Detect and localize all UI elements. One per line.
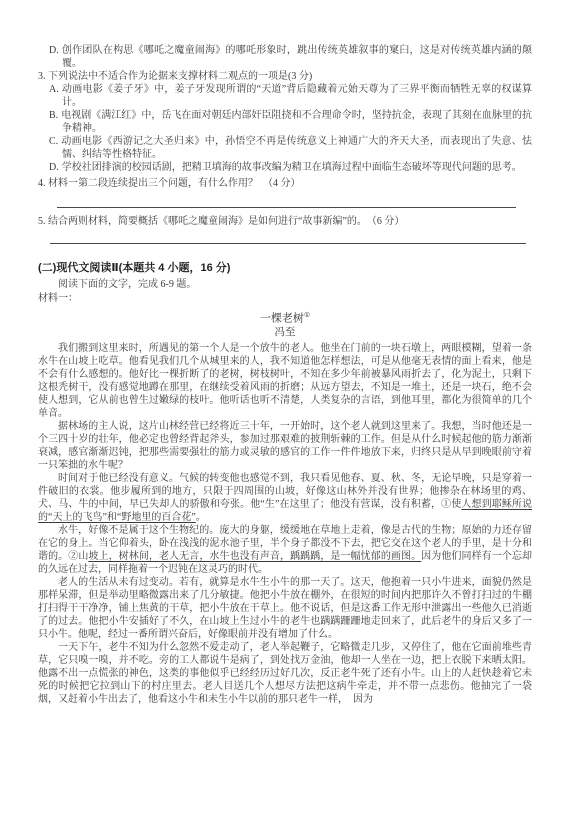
passage-paragraph: 水牛，好像不是属于这个生物纪的。庞大的身躯，缓缓地在草地上走着，像是古代的生物；… xyxy=(38,524,532,576)
passage-paragraph: 据林场的主人说，这片山林经营已经将近三十年，一开始时，这个老人就到这里来了。我想… xyxy=(38,420,532,472)
option-text: 动画电影《姜子牙》中，姜子牙发现所谓的“天道”背后隐藏着元始天尊为了三界平衡而牺… xyxy=(62,84,532,108)
paragraph-text: 据林场的主人说，这片山林经营已经将近三十年，一开始时，这个老人就到这里来了。我想… xyxy=(38,421,532,471)
reading-instruction: 阅读下面的文字，完成 6-9 题。 xyxy=(38,278,532,291)
underlined-sentence: 坡上，树林间，老人无言，水牛也没有声音，踽踽踽，是一幅忧郁的画图。 xyxy=(88,551,421,562)
option-text: 动画电影《西游记之大圣归来》中，孙悟空不再是传统意义上神通广大的齐天大圣，而表现… xyxy=(61,136,532,160)
paragraph-text: 我们搬到这里来时，所遇见的第一个人是一个放牛的老人。他坐在门前的一块石墩上，两眼… xyxy=(38,343,532,419)
passage-paragraph: 老人的生活从未有过变动。若有，就算是水牛生小牛的那一天了。这天，他抱着一只小牛进… xyxy=(38,576,532,641)
question-3-option: C.动画电影《西游记之大圣归来》中，孙悟空不再是传统意义上神通广大的齐天大圣，而… xyxy=(38,135,532,161)
question-3-option: B.电视剧《满江红》中，岳飞在面对朝廷内部奸臣阻挠和不合理命令时，坚持抗金，表现… xyxy=(38,109,532,135)
option-label: A. xyxy=(49,84,59,95)
passage-paragraph: 一天下午，老牛不知为什么忽然不爱走动了，老人举起鞭子，它略微走几步，又停住了，他… xyxy=(38,641,532,706)
question-3-option: A.动画电影《姜子牙》中，姜子牙发现所谓的“天道”背后隐藏着元始天尊为了三界平衡… xyxy=(38,83,532,109)
exam-page: D.创作团队在构思《哪吒之魔童闹海》的哪吒形象时，跳出传统英雄叙事的窠臼，这是对… xyxy=(0,0,562,838)
answer-line xyxy=(50,228,526,244)
passage-paragraph: 我们搬到这里来时，所遇见的第一个人是一个放牛的老人。他坐在门前的一块石墩上，两眼… xyxy=(38,342,532,420)
option-text: 创作团队在构思《哪吒之魔童闹海》的哪吒形象时，跳出传统英雄叙事的窠臼，这是对传统… xyxy=(62,45,532,69)
question-3-option: D.学校社团排演的校园话剧，把精卫填海的故事改编为精卫在填海过程中面临生态破坏等… xyxy=(38,161,532,174)
material-label: 材料一： xyxy=(38,292,532,305)
paragraph-text: 一天下午，老牛不知为什么忽然不爱走动了，老人举起鞭子，它略微走几步，又停住了，他… xyxy=(38,642,532,705)
passage-title: 一棵老树① xyxy=(38,309,532,326)
option-label: D. xyxy=(49,45,59,56)
question-4-stem: 4. 材料一第二段连续提出三个问题，有什么作用？ （4 分） xyxy=(38,177,532,190)
option-text: 学校社团排演的校园话剧，把精卫填海的故事改编为精卫在填海过程中面临生态破坏等现代… xyxy=(62,162,522,173)
question-3-options: A.动画电影《姜子牙》中，姜子牙发现所谓的“天道”背后隐藏着元始天尊为了三界平衡… xyxy=(38,83,532,174)
option-label: C. xyxy=(49,136,58,147)
paragraph-text: 时间对于他已经没有意义。气候的转变他也感觉不到，我只看见他春、夏、秋、冬，无论早… xyxy=(38,473,532,510)
footnote-marker: ① xyxy=(304,311,310,319)
question-5-stem: 5. 结合两则材料，简要概括《哪吒之魔童闹海》是如何进行“故事新编”的。 （6 … xyxy=(38,215,532,228)
passage-title-text: 一棵老树 xyxy=(260,313,304,325)
paragraph-text: 。 xyxy=(196,512,206,523)
passage-body: 我们搬到这里来时，所遇见的第一个人是一个放牛的老人。他坐在门前的一块石墩上，两眼… xyxy=(38,342,532,706)
option-label: D. xyxy=(49,162,59,173)
reading-section-2: (二)现代文阅读Ⅱ(本题共 4 小题，16 分) 阅读下面的文字，完成 6-9 … xyxy=(38,261,532,706)
passage-paragraph: 时间对于他已经没有意义。气候的转变他也感觉不到，我只看见他春、夏、秋、冬，无论早… xyxy=(38,472,532,524)
option-d-previous-question: D.创作团队在构思《哪吒之魔童闹海》的哪吒形象时，跳出传统英雄叙事的窠臼，这是对… xyxy=(38,44,532,70)
paragraph-text: 老人的生活从未有过变动。若有，就算是水牛生小牛的那一天了。这天，他抱着一只小牛进… xyxy=(38,577,532,640)
passage-author: 冯至 xyxy=(38,326,532,339)
answer-line xyxy=(57,190,516,208)
questions-section: D.创作团队在构思《哪吒之魔童闹海》的哪吒形象时，跳出传统英雄叙事的窠臼，这是对… xyxy=(38,44,532,244)
question-3-stem: 3. 下列说法中不适合作为论据来支撑材料二观点的一项是(3 分) xyxy=(38,70,532,83)
section-header: (二)现代文阅读Ⅱ(本题共 4 小题，16 分) xyxy=(38,261,532,276)
option-text: 电视剧《满江红》中，岳飞在面对朝廷内部奸臣阻挠和不合理命令时，坚持抗金，表现了其… xyxy=(61,110,532,134)
option-label: B. xyxy=(49,110,58,121)
